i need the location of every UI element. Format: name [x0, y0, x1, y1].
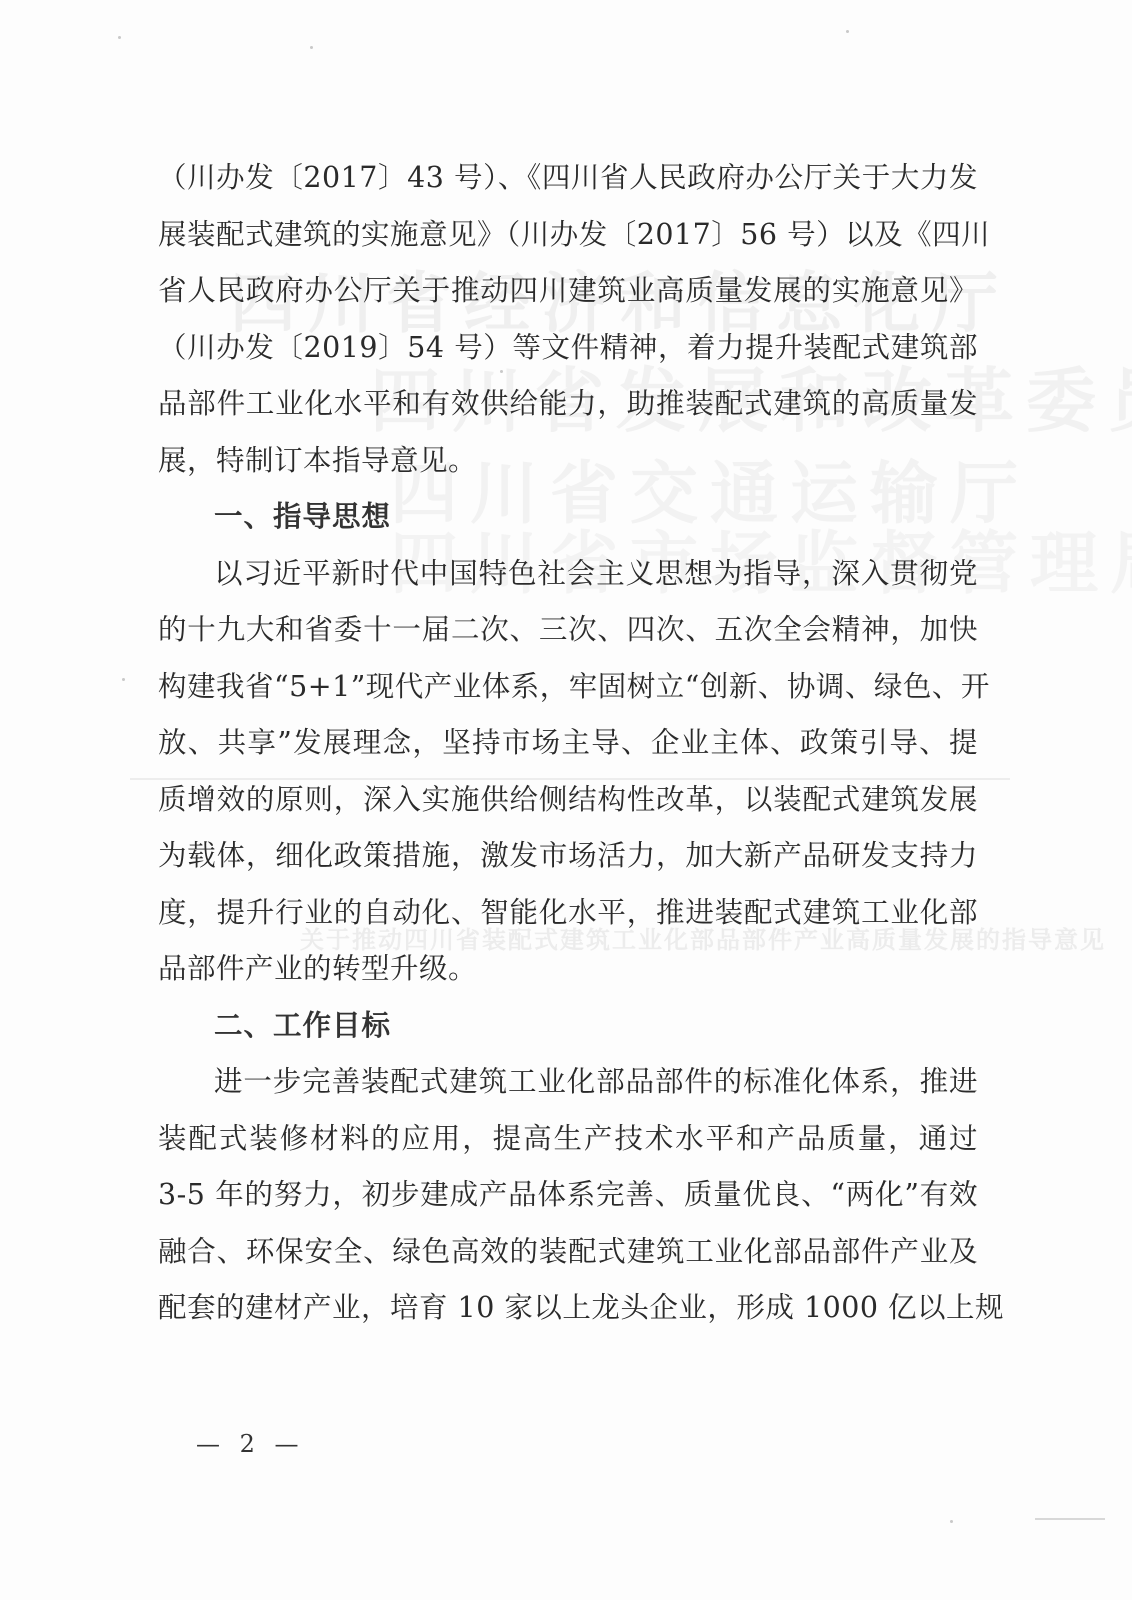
paragraph-guiding-ideology: 以习近平新时代中国特色社会主义思想为指导，深入贯彻党 的十九大和省委十一届二次、…: [158, 546, 978, 998]
text-line: 进一步完善装配式建筑工业化部品部件的标准化体系，推进: [158, 1054, 978, 1111]
text-line: 以习近平新时代中国特色社会主义思想为指导，深入贯彻党: [158, 546, 978, 603]
text-line: （川办发〔2017〕43 号）、《四川省人民政府办公厅关于大力发: [158, 150, 978, 207]
scan-artifact: [500, 370, 503, 373]
text-line: 融合、环保安全、绿色高效的装配式建筑工业化部品部件产业及: [158, 1224, 978, 1281]
scan-artifact: [1035, 1518, 1105, 1520]
text-line: 配套的建材产业，培育 10 家以上龙头企业，形成 1000 亿以上规: [158, 1280, 978, 1337]
document-body: （川办发〔2017〕43 号）、《四川省人民政府办公厅关于大力发 展装配式建筑的…: [158, 150, 978, 1337]
paragraph-continuation: （川办发〔2017〕43 号）、《四川省人民政府办公厅关于大力发 展装配式建筑的…: [158, 150, 978, 489]
scan-artifact: [846, 30, 849, 33]
text-line: 3-5 年的努力，初步建成产品体系完善、质量优良、“两化”有效: [158, 1167, 978, 1224]
text-line: 品部件产业的转型升级。: [158, 941, 978, 998]
text-line: 省人民政府办公厅关于推动四川建筑业高质量发展的实施意见》: [158, 263, 978, 320]
page-number: — 2 —: [196, 1430, 305, 1458]
text-line: 品部件工业化水平和有效供给能力，助推装配式建筑的高质量发: [158, 376, 978, 433]
text-line: 放、共享”发展理念，坚持市场主导、企业主体、政策引导、提: [158, 715, 978, 772]
scan-artifact: [118, 36, 121, 39]
text-line: 的十九大和省委十一届二次、三次、四次、五次全会精神，加快: [158, 602, 978, 659]
text-line: 构建我省“5+1”现代产业体系，牢固树立“创新、协调、绿色、开: [158, 659, 978, 716]
text-line: （川办发〔2019〕54 号）等文件精神，着力提升装配式建筑部: [158, 320, 978, 377]
text-line: 展，特制订本指导意见。: [158, 433, 978, 490]
section-heading-guiding-ideology: 一、指导思想: [158, 489, 978, 546]
text-line: 质增效的原则，深入实施供给侧结构性改革，以装配式建筑发展: [158, 772, 978, 829]
document-page: 四川省经济和信息化厅 四川省发展和改革委员会 四川省交通运输厅 四川省市场监督管…: [0, 0, 1132, 1600]
paragraph-work-goals: 进一步完善装配式建筑工业化部品部件的标准化体系，推进 装配式装修材料的应用，提高…: [158, 1054, 978, 1337]
text-line: 展装配式建筑的实施意见》（川办发〔2017〕56 号）以及《四川: [158, 207, 978, 264]
scan-artifact: [122, 678, 125, 681]
scan-artifact: [950, 1520, 953, 1523]
text-line: 为载体，细化政策措施，激发市场活力，加大新产品研发支持力: [158, 828, 978, 885]
text-line: 度，提升行业的自动化、智能化水平，推进装配式建筑工业化部: [158, 885, 978, 942]
section-heading-work-goals: 二、工作目标: [158, 998, 978, 1055]
scan-artifact: [310, 46, 313, 49]
text-line: 装配式装修材料的应用，提高生产技术水平和产品质量，通过: [158, 1111, 978, 1168]
